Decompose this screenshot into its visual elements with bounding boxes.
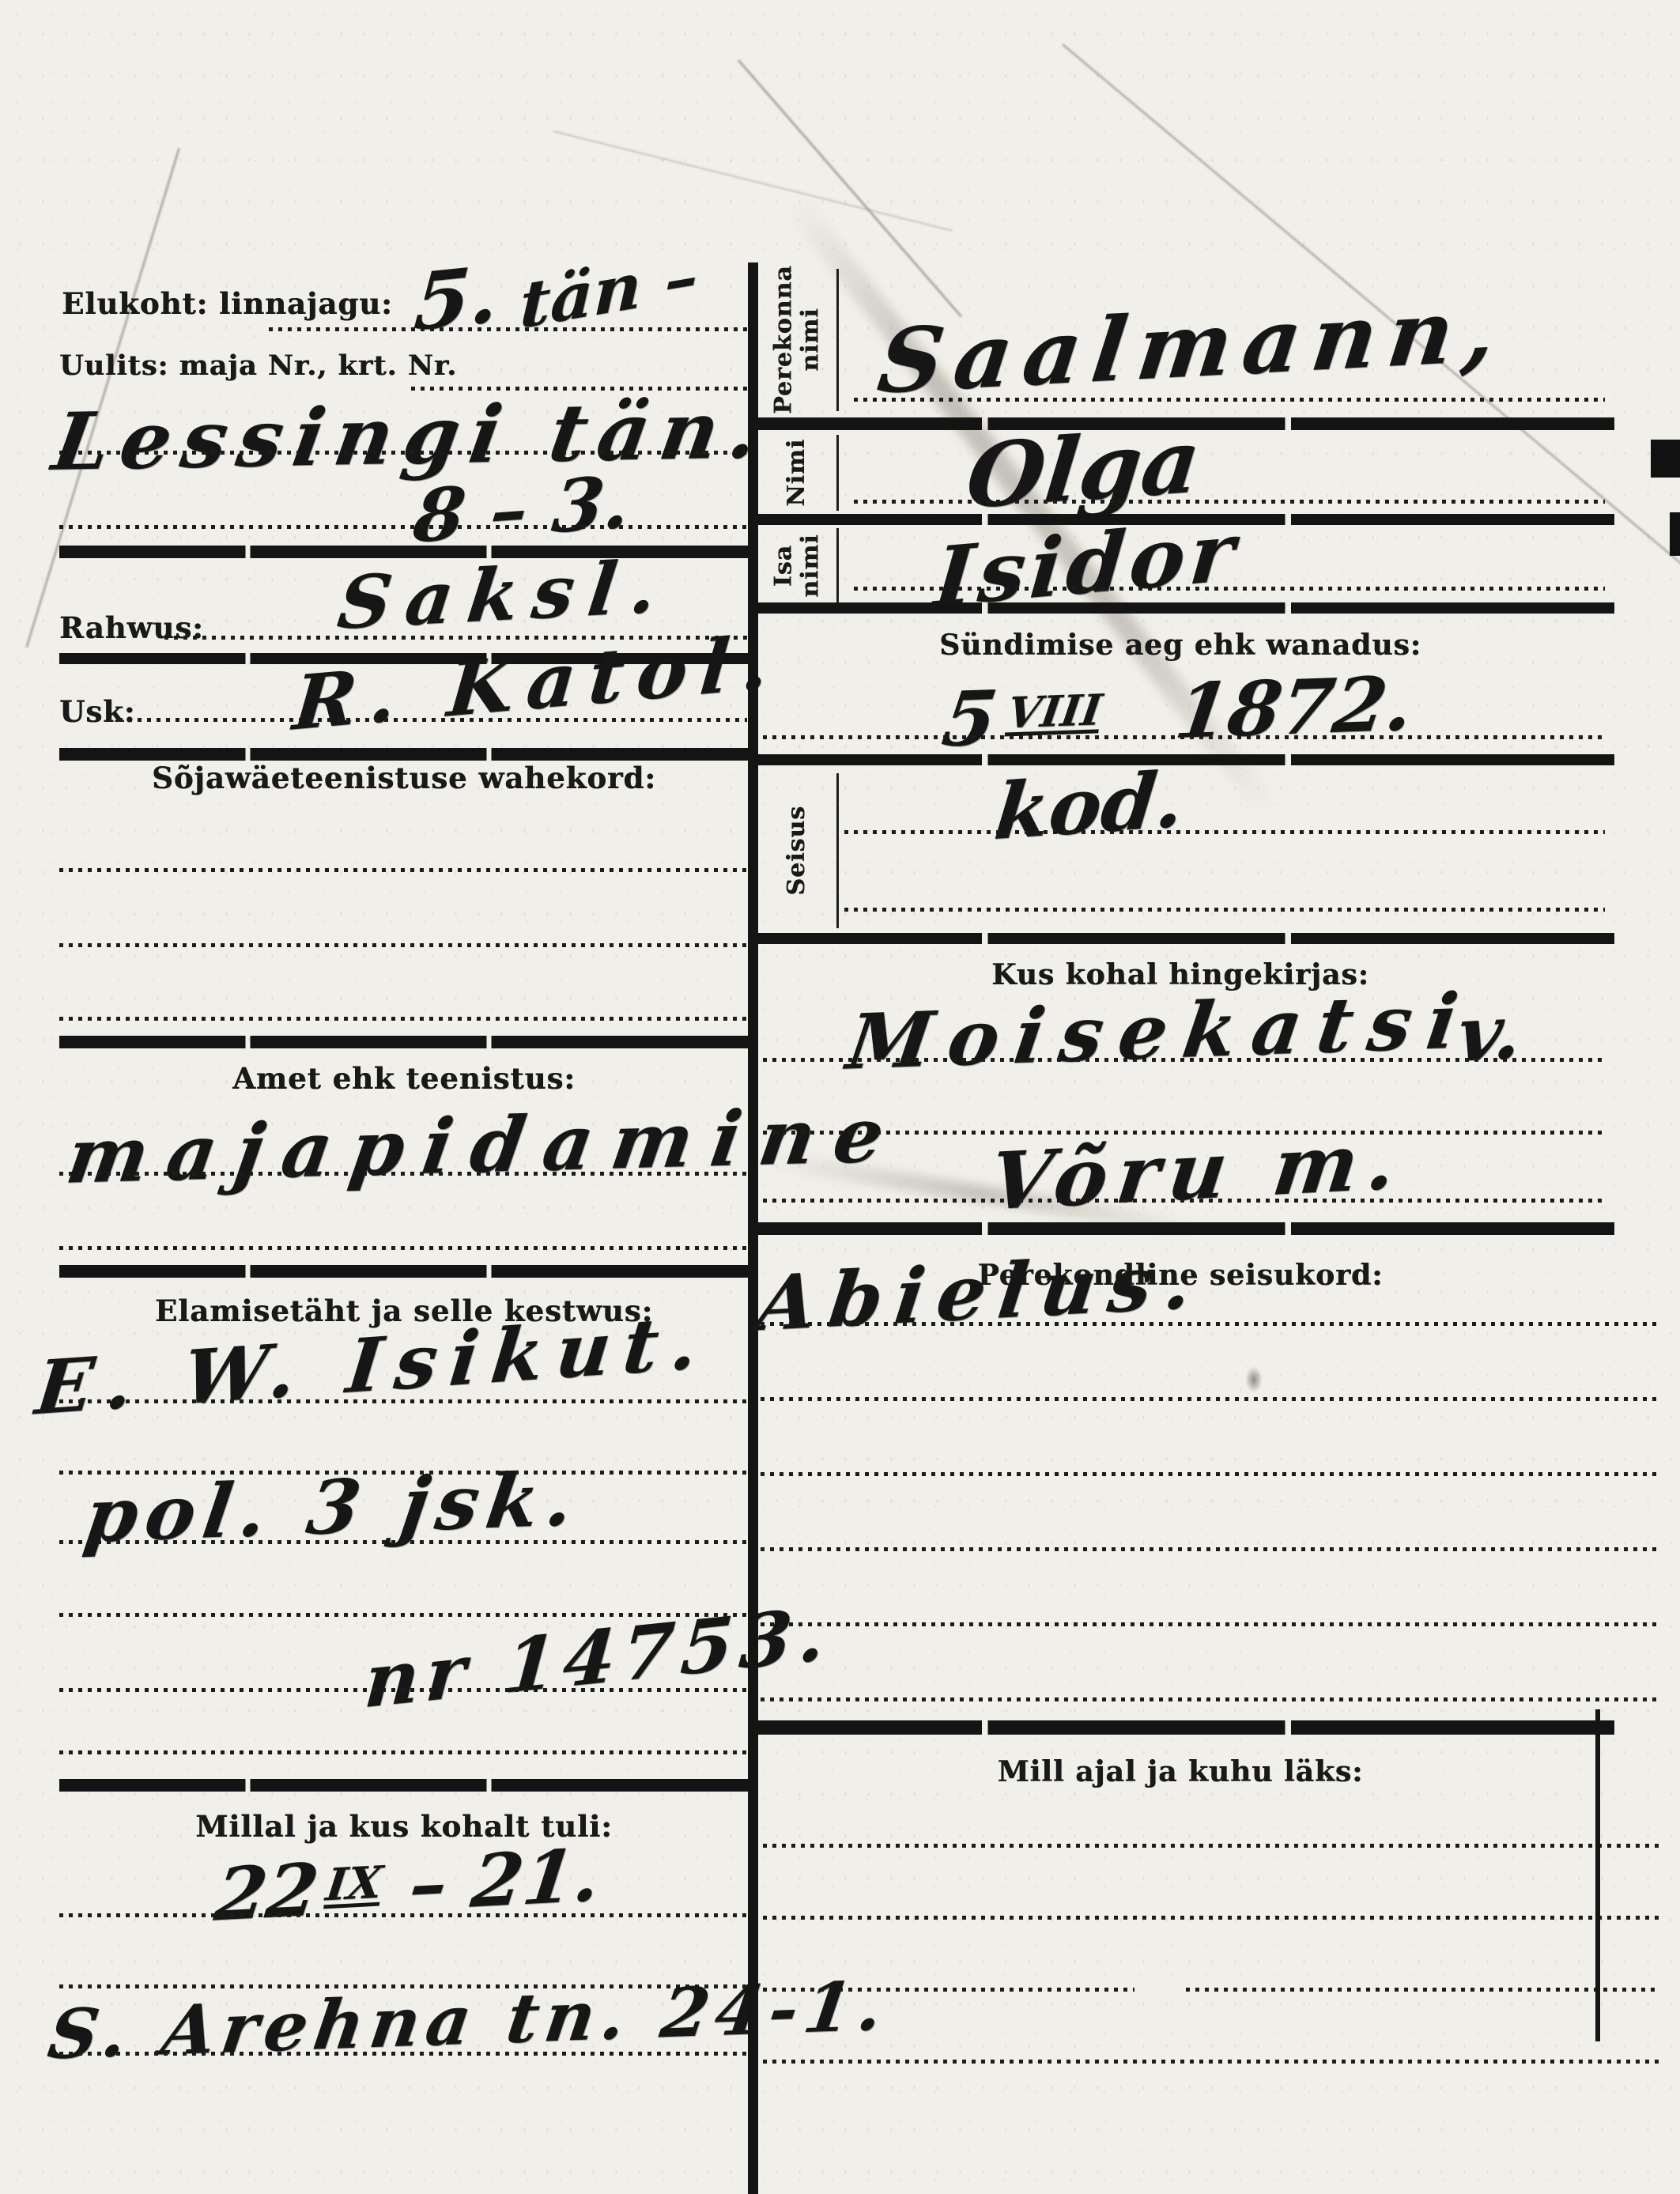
- dotted-line: [854, 398, 1605, 402]
- section-divider-bar: [748, 933, 1614, 944]
- dotted-line: [1186, 1988, 1660, 1992]
- section-divider-bar: [59, 748, 749, 761]
- birth-date-heading: Sündimise aeg ehk wanadus:: [759, 629, 1602, 662]
- first-name-label: Nimi: [783, 439, 810, 507]
- dotted-line: [59, 1540, 747, 1544]
- arrival-day: 22: [210, 1847, 323, 1938]
- birth-year: 1872.: [1170, 660, 1419, 756]
- dotted-line: [761, 1697, 1662, 1701]
- section-divider-bar: [748, 602, 1614, 614]
- dotted-line: [761, 1547, 1662, 1551]
- parish-place: Moisekatsi: [842, 976, 1479, 1086]
- ink-smudge: [1245, 1366, 1263, 1393]
- dotted-line: [269, 327, 747, 331]
- dotted-line: [761, 1322, 1662, 1326]
- dotted-line: [59, 1613, 747, 1617]
- street-line2: 8 – 3.: [410, 459, 634, 560]
- crease-line: [553, 130, 953, 232]
- section-divider-bar: [59, 1779, 749, 1792]
- rahwus-value: Saksl.: [334, 543, 676, 646]
- marital-status-value: Abielus.: [752, 1236, 1210, 1348]
- register-card-scan: Elukoht: linnajagu: 5. Uulits: maja Nr.,…: [0, 0, 1680, 2194]
- dotted-line: [59, 1399, 747, 1403]
- dotted-line: [59, 1750, 747, 1754]
- family-name-label-cell: Perekonna nimi: [757, 269, 839, 411]
- departure-heading: Mill ajal ja kuhu läks:: [759, 1755, 1602, 1788]
- dotted-line: [854, 587, 1605, 591]
- dotted-line: [761, 1397, 1662, 1401]
- dotted-line: [763, 1916, 1660, 1920]
- dotted-line: [59, 1172, 747, 1176]
- usk-label: Usk:: [59, 694, 135, 729]
- dotted-line: [763, 735, 1605, 739]
- section-divider-bar: [748, 1720, 1614, 1735]
- family-name-value: Saalmann,: [873, 278, 1513, 413]
- section-divider-bar: [59, 1036, 749, 1048]
- status-label-cell: Seisus: [757, 773, 839, 928]
- father-name-label: Isa nimi: [770, 534, 823, 598]
- dotted-line: [119, 718, 747, 722]
- uulits-label: Uulits: maja Nr., krt. Nr.: [59, 349, 457, 382]
- birth-day: 5: [938, 674, 1002, 764]
- status-label: Seisus: [783, 806, 810, 896]
- section-divider-bar: [748, 1222, 1614, 1235]
- dotted-line: [844, 830, 1605, 834]
- military-section-heading: Sõjawäeteenistuse wahekord:: [59, 761, 749, 795]
- dotted-line: [761, 1622, 1662, 1626]
- scan-edge-mark: [1670, 512, 1680, 556]
- arrival-address: S. Arehna tn. 24-1.: [43, 1966, 894, 2075]
- dotted-line: [59, 1913, 747, 1917]
- family-name-label: Perekonna nimi: [770, 266, 823, 415]
- dotted-line: [59, 1246, 747, 1250]
- dotted-line: [763, 2060, 1660, 2064]
- status-value: kod.: [991, 754, 1188, 858]
- occupation-heading: Amet ehk teenistus:: [59, 1061, 749, 1096]
- permit-line3: nr 14753.: [361, 1591, 834, 1725]
- page-edge-line: [1595, 1709, 1600, 2041]
- street-line1: Lessingi tän.: [47, 383, 776, 489]
- scan-edge-mark: [1651, 440, 1680, 478]
- dotted-line: [59, 525, 747, 529]
- occupation-value: majapidamine: [61, 1089, 908, 1200]
- first-name-label-cell: Nimi: [757, 435, 839, 511]
- elukoht-value: 5.: [411, 247, 501, 349]
- dotted-line: [59, 2052, 747, 2056]
- birth-date-value: 5VIII1872.: [938, 660, 1419, 765]
- parish-place-suffix: v.: [1453, 987, 1527, 1079]
- dotted-line: [763, 1199, 1605, 1203]
- elukoht-label: Elukoht: linnajagu:: [62, 286, 393, 321]
- section-divider-bar: [59, 1265, 749, 1278]
- rahwus-label: Rahwus:: [59, 610, 204, 645]
- arrival-month: IX: [323, 1863, 384, 1909]
- arrival-heading: Millal ja kus kohalt tuli:: [59, 1809, 749, 1844]
- dotted-line: [763, 1058, 1605, 1062]
- father-name-label-cell: Isa nimi: [757, 528, 839, 604]
- dotted-line: [59, 451, 747, 455]
- dotted-line: [59, 1471, 747, 1475]
- dotted-line: [844, 908, 1605, 912]
- dotted-line: [59, 1688, 747, 1692]
- dotted-line: [761, 1472, 1662, 1476]
- dotted-line: [763, 1988, 1134, 1992]
- dotted-line: [59, 1017, 747, 1021]
- arrival-date: 22IX– 21.: [210, 1832, 605, 1937]
- dotted-line: [763, 1844, 1660, 1848]
- birth-month: VIII: [1005, 690, 1104, 736]
- dotted-line: [59, 943, 747, 947]
- dotted-line: [59, 868, 747, 872]
